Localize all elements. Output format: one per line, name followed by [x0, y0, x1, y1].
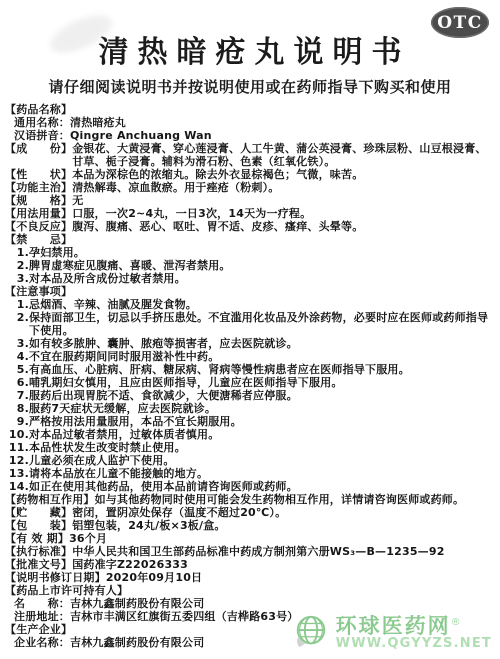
section-entry: 【药品上市许可持有人】: [5, 584, 496, 597]
otc-badge-label: OTC: [437, 13, 483, 33]
site-watermark: 环球医药网® WWW.QGYYZS.NET: [292, 612, 492, 651]
line-text: 对本品过敏者禁用，过敏体质者慎用。: [29, 428, 496, 441]
line-text: 中华人民共和国卫生部药品标准中药成方制剂第六册WS₃—B—1235—92: [72, 545, 496, 558]
section-entry: 【注意事项】: [5, 285, 496, 298]
item-number: 12.: [5, 454, 29, 467]
section-entry: 【执行标准】中华人民共和国卫生部药品标准中药成方制剂第六册WS₃—B—1235—…: [5, 545, 496, 558]
numbered-item: 1.孕妇禁用。: [5, 246, 496, 259]
item-number: 3.: [5, 272, 29, 285]
numbered-item: 4.不宜在服药期间同时服用滋补性中药。: [5, 350, 496, 363]
field-label: 汉语拼音：: [14, 129, 70, 142]
line-text: 36个月: [69, 532, 496, 545]
item-number: 11.: [5, 441, 29, 454]
field-label: 通用名称：: [14, 116, 70, 129]
section-label: 【药品上市许可持有人】: [5, 584, 128, 597]
section-entry: 【规 格】无: [5, 194, 496, 207]
line-text: 本品为深棕色的浓缩丸。除去外衣显棕褐色；气微，味苦。: [72, 168, 496, 181]
leaflet-body: 【药品名称】通用名称：清热暗疮丸汉语拼音：Qingre Anchuang Wan…: [0, 96, 500, 649]
item-number: 4.: [5, 350, 29, 363]
line-text: 服药后出现胃脘不适、食欲减少，大便溏稀者应停服。: [29, 389, 496, 402]
section-label: 【执行标准】: [5, 545, 72, 558]
section-label: 【注意事项】: [5, 285, 72, 298]
line-text: 本品性状发生改变时禁止使用。: [29, 441, 496, 454]
item-number: 2.: [5, 311, 29, 324]
section-entry: 【功能主治】清热解毒、凉血散瘀。用于痤疮（粉刺）。: [5, 181, 496, 194]
section-label: 【批准文号】: [5, 558, 72, 571]
numbered-item: 8.服药7天症状无缓解，应去医院就诊。: [5, 402, 496, 415]
line-text: 吉林九鑫制药股份有限公司: [70, 597, 496, 610]
line-text: 如与其他药物同时使用可能会发生药物相互作用，详情请咨询医师或药师。: [95, 493, 496, 506]
numbered-item: 9.严格按用法用量服用，本品不宜长期服用。: [5, 415, 496, 428]
numbered-item: 3.如有较多脓肿、囊肿、脓疱等损害者，应去医院就诊。: [5, 337, 496, 350]
numbered-item: 14.如正在使用其他药品，使用本品前请咨询医师或药师。: [5, 480, 496, 493]
section-label: 【禁 忌】: [5, 233, 72, 246]
section-label: 【性 状】: [5, 168, 72, 181]
item-number: 9.: [5, 415, 29, 428]
watermark-text: 环球医药网® WWW.QGYYZS.NET: [336, 612, 492, 651]
numbered-item: 13.请将本品放在儿童不能接触的地方。: [5, 467, 496, 480]
leaflet-subtitle: 请仔细阅读说明书并按说明使用或在药师指导下购买和使用: [0, 79, 500, 96]
numbered-item: 2.保持面部卫生，切忌以手挤压患处。不宜滥用化妆品及外涂药物，必要时应在医师或药…: [5, 311, 496, 337]
section-entry: 【成 份】金银花、大黄浸膏、穿心莲浸膏、人工牛黄、蒲公英浸膏、珍珠层粉、山豆根浸…: [5, 142, 496, 168]
section-label: 【规 格】: [5, 194, 72, 207]
item-number: 14.: [5, 480, 29, 493]
numbered-item: 2.脾胃虚寒症见腹痛、喜暖、泄泻者禁用。: [5, 259, 496, 272]
line-text: Qingre Anchuang Wan: [70, 129, 496, 142]
item-number: 13.: [5, 467, 29, 480]
section-entry: 【性 状】本品为深棕色的浓缩丸。除去外衣显棕褐色；气微，味苦。: [5, 168, 496, 181]
line-text: 保持面部卫生，切忌以手挤压患处。不宜滥用化妆品及外涂药物，必要时应在医师或药师指…: [29, 311, 496, 337]
section-label: 【成 份】: [5, 142, 72, 155]
line-text: 如正在使用其他药品，使用本品前请咨询医师或药师。: [29, 480, 496, 493]
line-text: 对本品及所含成份过敏者禁用。: [29, 272, 496, 285]
section-label: 【生产企业】: [5, 623, 72, 636]
line-text: 金银花、大黄浸膏、穿心莲浸膏、人工牛黄、蒲公英浸膏、珍珠层粉、山豆根浸膏、甘草、…: [72, 142, 496, 168]
sub-field: 汉语拼音：Qingre Anchuang Wan: [5, 129, 496, 142]
section-entry: 【有 效 期】36个月: [5, 532, 496, 545]
field-label: 企业名称：: [14, 636, 70, 649]
sub-field: 通用名称：清热暗疮丸: [5, 116, 496, 129]
line-text: 严格按用法用量服用，本品不宜长期服用。: [29, 415, 496, 428]
section-label: 【用法用量】: [5, 207, 72, 220]
field-label: 注册地址：: [14, 610, 70, 623]
section-label: 【不良反应】: [5, 220, 72, 233]
line-text: 孕妇禁用。: [29, 246, 496, 259]
line-text: 服药7天症状无缓解，应去医院就诊。: [29, 402, 496, 415]
line-text: 脾胃虚寒症见腹痛、喜暖、泄泻者禁用。: [29, 259, 496, 272]
section-label: 【贮 藏】: [5, 506, 72, 519]
line-text: 如有较多脓肿、囊肿、脓疱等损害者，应去医院就诊。: [29, 337, 496, 350]
line-text: 无: [72, 194, 496, 207]
item-number: 1.: [5, 246, 29, 259]
section-label: 【药物相互作用】: [5, 493, 95, 506]
line-text: 哺乳期妇女慎用，且应由医师指导，儿童应在医师指导下服用。: [29, 376, 496, 389]
item-number: 3.: [5, 337, 29, 350]
item-number: 5.: [5, 363, 29, 376]
section-entry: 【说明书修订日期】2020年09月10日: [5, 571, 496, 584]
section-label: 【说明书修订日期】: [5, 571, 106, 584]
globe-icon: [292, 613, 330, 651]
line-text: 清热暗疮丸: [70, 116, 496, 129]
section-label: 【功能主治】: [5, 181, 72, 194]
line-text: 忌烟酒、辛辣、油腻及腥发食物。: [29, 298, 496, 311]
line-text: 有高血压、心脏病、肝病、糖尿病、肾病等慢性病患者应在医师指导下服用。: [29, 363, 496, 376]
line-text: 铝塑包装，24丸/板×3板/盒。: [72, 519, 496, 532]
section-label: 【有 效 期】: [5, 532, 69, 545]
numbered-item: 10.对本品过敏者禁用，过敏体质者慎用。: [5, 428, 496, 441]
watermark-brand: 环球医药网®: [336, 612, 463, 637]
section-entry: 【药物相互作用】如与其他药物同时使用可能会发生药物相互作用，详情请咨询医师或药师…: [5, 493, 496, 506]
numbered-item: 1.忌烟酒、辛辣、油腻及腥发食物。: [5, 298, 496, 311]
line-text: 腹泻、腹痛、恶心、呕吐、胃不适、皮疹、瘙痒、头晕等。: [72, 220, 496, 233]
numbered-item: 12.儿童必须在成人监护下使用。: [5, 454, 496, 467]
section-label: 【包 装】: [5, 519, 72, 532]
section-entry: 【贮 藏】密闭，置阴凉处保存（温度不超过20℃）。: [5, 506, 496, 519]
line-text: 请将本品放在儿童不能接触的地方。: [29, 467, 496, 480]
sub-field: 名 称：吉林九鑫制药股份有限公司: [5, 597, 496, 610]
line-text: 儿童必须在成人监护下使用。: [29, 454, 496, 467]
item-number: 2.: [5, 259, 29, 272]
otc-badge: OTC: [431, 7, 489, 38]
line-text: 密闭，置阴凉处保存（温度不超过20℃）。: [72, 506, 496, 519]
section-label: 【药品名称】: [5, 103, 72, 116]
line-text: 口服，一次2~4丸，一日3次，14天为一疗程。: [72, 207, 496, 220]
section-entry: 【用法用量】口服，一次2~4丸，一日3次，14天为一疗程。: [5, 207, 496, 220]
line-text: 不宜在服药期间同时服用滋补性中药。: [29, 350, 496, 363]
item-number: 1.: [5, 298, 29, 311]
section-entry: 【药品名称】: [5, 103, 496, 116]
numbered-item: 3.对本品及所含成份过敏者禁用。: [5, 272, 496, 285]
field-label: 名 称：: [14, 597, 70, 610]
numbered-item: 11.本品性状发生改变时禁止使用。: [5, 441, 496, 454]
line-text: 清热解毒、凉血散瘀。用于痤疮（粉刺）。: [72, 181, 496, 194]
item-number: 7.: [5, 389, 29, 402]
item-number: 8.: [5, 402, 29, 415]
numbered-item: 7.服药后出现胃脘不适、食欲减少，大便溏稀者应停服。: [5, 389, 496, 402]
section-entry: 【不良反应】腹泻、腹痛、恶心、呕吐、胃不适、皮疹、瘙痒、头晕等。: [5, 220, 496, 233]
item-number: 10.: [5, 428, 29, 441]
section-entry: 【禁 忌】: [5, 233, 496, 246]
watermark-url: WWW.QGYYZS.NET: [336, 637, 492, 651]
numbered-item: 5.有高血压、心脏病、肝病、糖尿病、肾病等慢性病患者应在医师指导下服用。: [5, 363, 496, 376]
numbered-item: 6.哺乳期妇女慎用，且应由医师指导，儿童应在医师指导下服用。: [5, 376, 496, 389]
item-number: 6.: [5, 376, 29, 389]
section-entry: 【包 装】铝塑包装，24丸/板×3板/盒。: [5, 519, 496, 532]
line-text: 2020年09月10日: [106, 571, 496, 584]
registered-mark: ®: [451, 617, 463, 628]
line-text: 国药准字Z22026333: [72, 558, 496, 571]
section-entry: 【批准文号】国药准字Z22026333: [5, 558, 496, 571]
